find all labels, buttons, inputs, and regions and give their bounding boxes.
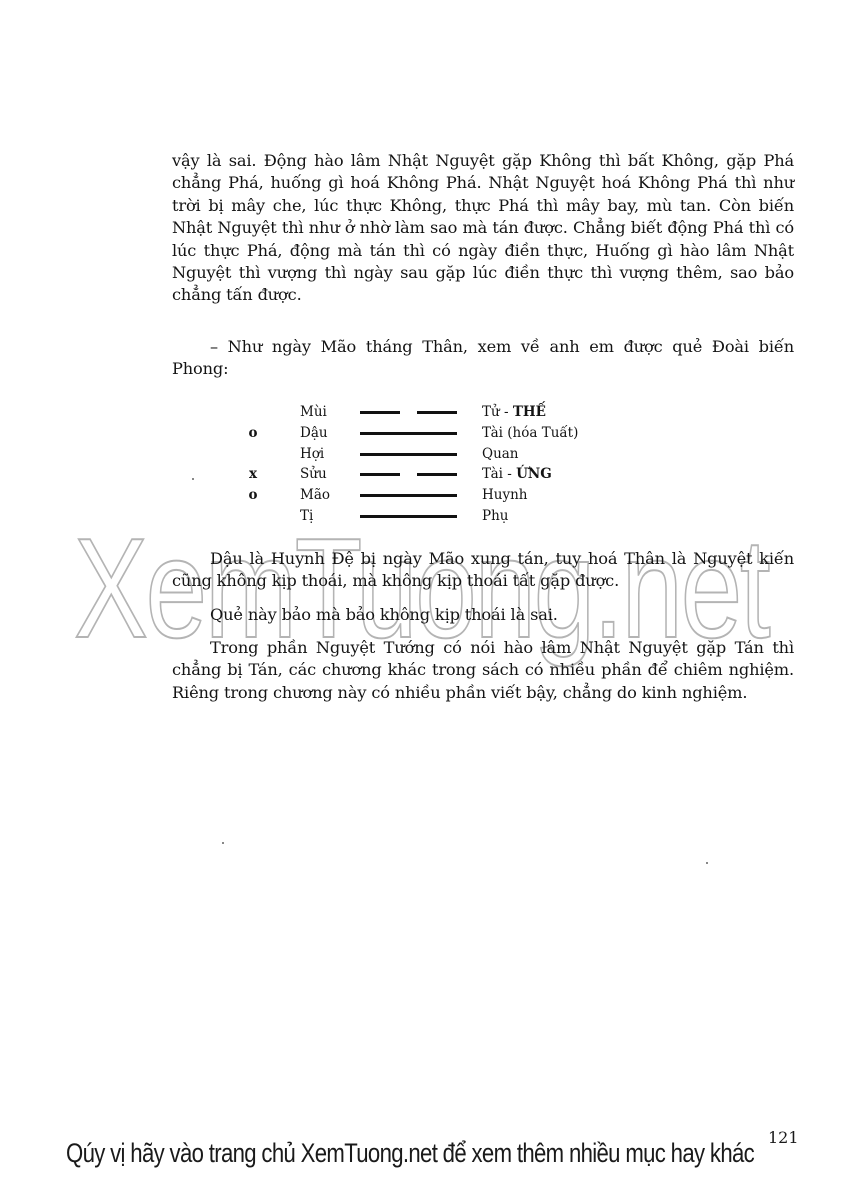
six-relation: Quan bbox=[482, 444, 519, 465]
yang-line-icon bbox=[360, 515, 457, 518]
hexagram-row: Tị Phụ bbox=[240, 506, 620, 527]
yang-line-icon bbox=[360, 494, 457, 497]
six-relation: Tài - ỨNG bbox=[482, 464, 552, 485]
paragraph-2: – Như ngày Mão tháng Thân, xem về anh em… bbox=[172, 336, 794, 381]
moving-line-marker: o bbox=[246, 485, 260, 506]
page-number: 121 bbox=[768, 1128, 799, 1147]
yin-line-icon bbox=[360, 473, 457, 476]
yang-line-icon bbox=[360, 453, 457, 456]
the-marker: THẾ bbox=[513, 404, 546, 420]
earthly-branch: Hợi bbox=[300, 444, 324, 465]
six-relation: Phụ bbox=[482, 506, 508, 527]
scan-speck bbox=[706, 862, 708, 864]
scan-speck bbox=[222, 842, 224, 844]
paragraph-1: vậy là sai. Động hào lâm Nhật Nguyệt gặp… bbox=[172, 150, 794, 307]
ung-marker: ỨNG bbox=[516, 466, 552, 482]
document-page: XemTuong.net vậy là sai. Động hào lâm Nh… bbox=[0, 0, 850, 1182]
paragraph-4: Quẻ này bảo mà bảo không kịp thoái là sa… bbox=[172, 604, 794, 626]
paragraph-5: Trong phần Nguyệt Tướng có nói hào lâm N… bbox=[172, 637, 794, 704]
earthly-branch: Tị bbox=[300, 506, 313, 527]
hexagram-row: Hợi Quan bbox=[240, 444, 620, 465]
yang-line-icon bbox=[360, 432, 457, 435]
scan-speck bbox=[192, 478, 194, 480]
earthly-branch: Mùi bbox=[300, 402, 327, 423]
earthly-branch: Sửu bbox=[300, 464, 327, 485]
hexagram-row: o Dậu Tài (hóa Tuất) bbox=[240, 423, 620, 444]
six-relation: Tài (hóa Tuất) bbox=[482, 423, 578, 444]
moving-line-marker: x bbox=[246, 464, 260, 485]
six-relation: Tử - THẾ bbox=[482, 402, 546, 423]
hexagram-row: x Sửu Tài - ỨNG bbox=[240, 464, 620, 485]
hexagram-row: Mùi Tử - THẾ bbox=[240, 402, 620, 423]
earthly-branch: Dậu bbox=[300, 423, 328, 444]
paragraph-3: Dậu là Huynh Đệ bị ngày Mão xung tán, tu… bbox=[172, 548, 794, 593]
earthly-branch: Mão bbox=[300, 485, 330, 506]
six-relation: Huynh bbox=[482, 485, 527, 506]
hexagram-row: o Mão Huynh bbox=[240, 485, 620, 506]
yin-line-icon bbox=[360, 411, 457, 414]
moving-line-marker: o bbox=[246, 423, 260, 444]
hexagram-table: Mùi Tử - THẾ o Dậu Tài (hóa Tuất) Hợi Qu… bbox=[240, 402, 620, 527]
footer-promo-text: Qúy vị hãy vào trang chủ XemTuong.net để… bbox=[66, 1138, 754, 1169]
